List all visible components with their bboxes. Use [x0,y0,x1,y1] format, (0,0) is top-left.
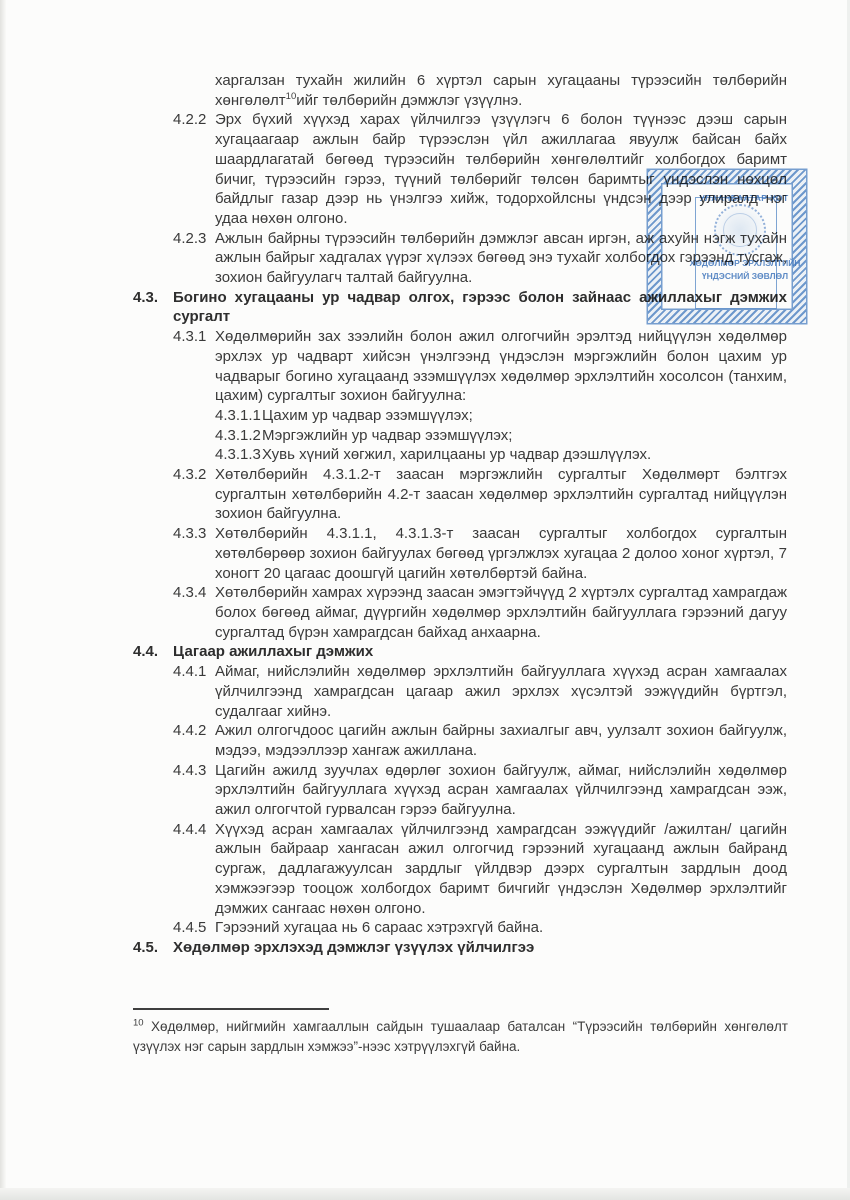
item-number: 4.3.1.1 [215,406,262,426]
item-4-3-1-1: 4.3.1.1 Цахим ур чадвар эзэмшүүлэх; [133,406,787,426]
footnote-ref-10: 10 [286,91,297,102]
scanned-document-page: харгалзан тухайн жилийн 6 хүртэл сарын х… [0,0,850,1200]
item-4-4-5: 4.4.5 Гэрээний хугацаа нь 6 сараас хэтрэ… [133,918,787,938]
item-4-4-2: 4.4.2 Ажил олгогчдоос цагийн ажлын байрн… [133,721,787,760]
item-4-3-1-3: 4.3.1.3 Хувь хүний хөгжил, харилцааны ур… [133,445,787,465]
item-text: Мэргэжлийн ур чадвар эзэмшүүлэх; [262,426,787,446]
item-text: Хүүхэд асран хамгаалах үйлчилгээнд хамра… [215,820,787,919]
item-4-4-4: 4.4.4 Хүүхэд асран хамгаалах үйлчилгээнд… [133,820,787,919]
intro-continuation-paragraph: харгалзан тухайн жилийн 6 хүртэл сарын х… [133,71,787,110]
footnote-block: 10 Хөдөлмөр, нийгмийн хамгааллын сайдын … [133,1008,788,1056]
heading-4-5: 4.5. Хөдөлмөр эрхлэхэд дэмжлэг үзүүлэх ү… [133,938,787,958]
item-number: 4.4.2 [173,721,215,760]
item-number: 4.2.3 [173,229,215,288]
item-number: 4.3.1 [173,327,215,406]
heading-text: Богино хугацааны ур чадвар олгох, гэрээс… [173,288,787,327]
footnote-separator-rule [133,1008,329,1010]
footnote-text: 10 Хөдөлмөр, нийгмийн хамгааллын сайдын … [133,1017,788,1056]
item-number: 4.2.2 [173,110,215,228]
scan-bottom-edge-shadow [0,1188,850,1200]
item-number: 4.3.3 [173,524,215,583]
item-4-4-1: 4.4.1 Аймаг, нийслэлийн хөдөлмөр эрхлэлт… [133,662,787,721]
item-number: 4.4.3 [173,761,215,820]
item-4-3-3: 4.3.3 Хөтөлбөрийн 4.3.1.1, 4.3.1.3-т заа… [133,524,787,583]
item-text: Хөтөлбөрийн 4.3.1.2-т заасан мэргэжлийн … [215,465,787,524]
heading-number: 4.3. [133,288,173,327]
footnote-body: Хөдөлмөр, нийгмийн хамгааллын сайдын туш… [133,1019,788,1054]
item-4-3-1-2: 4.3.1.2 Мэргэжлийн ур чадвар эзэмшүүлэх; [133,426,787,446]
heading-number: 4.5. [133,938,173,958]
item-4-4-3: 4.4.3 Цагийн ажилд зуучлах өдөрлөг зохио… [133,761,787,820]
item-4-3-1: 4.3.1 Хөдөлмөрийн зах зээлийн болон ажил… [133,327,787,406]
heading-4-4: 4.4. Цагаар ажиллахыг дэмжих [133,642,787,662]
item-text: Аймаг, нийслэлийн хөдөлмөр эрхлэлтийн ба… [215,662,787,721]
item-number: 4.3.1.2 [215,426,262,446]
item-4-2-2: 4.2.2 Эрх бүхий хүүхэд харах үйлчилгээ ү… [133,110,787,228]
item-number: 4.4.5 [173,918,215,938]
intro-text: харгалзан тухайн жилийн 6 хүртэл сарын х… [215,71,787,110]
heading-text: Хөдөлмөр эрхлэхэд дэмжлэг үзүүлэх үйлчил… [173,938,787,958]
heading-number: 4.4. [133,642,173,662]
item-text: Хувь хүний хөгжил, харилцааны ур чадвар … [262,445,787,465]
item-text: Хөтөлбөрийн 4.3.1.1, 4.3.1.3-т заасан су… [215,524,787,583]
item-text: Цахим ур чадвар эзэмшүүлэх; [262,406,787,426]
item-4-3-4: 4.3.4 Хөтөлбөрийн хамрах хүрээнд заасан … [133,583,787,642]
item-text: Ажлын байрны түрээсийн төлбөрийн дэмжлэг… [215,229,787,288]
item-number: 4.3.1.3 [215,445,262,465]
item-text: Гэрээний хугацаа нь 6 сараас хэтрэхгүй б… [215,918,787,938]
scan-left-edge-shadow [0,0,6,1200]
item-text: Хөдөлмөрийн зах зээлийн болон ажил олгог… [215,327,787,406]
item-number: 4.3.4 [173,583,215,642]
item-number: 4.3.2 [173,465,215,524]
item-text: Ажил олгогчдоос цагийн ажлын байрны захи… [215,721,787,760]
document-body: харгалзан тухайн жилийн 6 хүртэл сарын х… [133,71,787,958]
item-4-2-3: 4.2.3 Ажлын байрны түрээсийн төлбөрийн д… [133,229,787,288]
item-number: 4.4.4 [173,820,215,919]
item-text: Цагийн ажилд зуучлах өдөрлөг зохион байг… [215,761,787,820]
heading-text: Цагаар ажиллахыг дэмжих [173,642,787,662]
intro-text-after-footnote-ref: ийг төлбөрийн дэмжлэг үзүүлнэ. [296,92,522,109]
item-text: Эрх бүхий хүүхэд харах үйлчилгээ үзүүлэг… [215,110,787,228]
footnote-number: 10 [133,1018,144,1029]
item-text: Хөтөлбөрийн хамрах хүрээнд заасан эмэгтэ… [215,583,787,642]
item-number: 4.4.1 [173,662,215,721]
heading-4-3: 4.3. Богино хугацааны ур чадвар олгох, г… [133,288,787,327]
item-4-3-2: 4.3.2 Хөтөлбөрийн 4.3.1.2-т заасан мэргэ… [133,465,787,524]
